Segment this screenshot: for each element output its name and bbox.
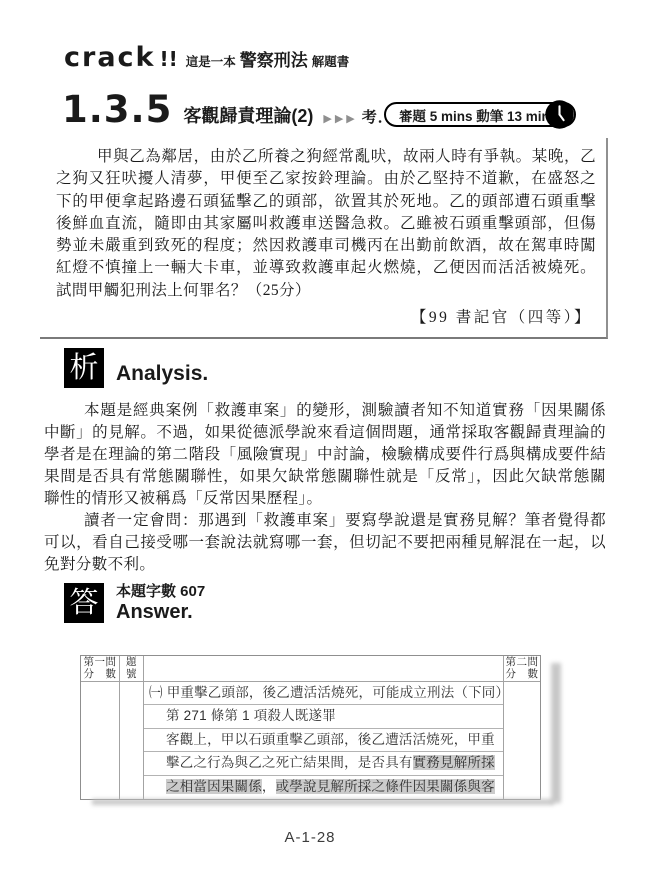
score-column-q2-header: 第二問 分 數	[504, 656, 540, 682]
triple-arrow-icon: ▶▶▶	[323, 112, 357, 125]
table-row: 之相當因果關係，或學說見解所採之條件因果關係與客	[144, 776, 503, 799]
answer-label: Answer.	[116, 601, 205, 623]
answer-heading: 答 本題字數 607 Answer.	[64, 583, 205, 623]
answer-content-column: ㈠甲重擊乙頭部，後乙遭活活燒死，可能成立刑法（下同） 第 271 條第 1 項殺…	[143, 656, 503, 799]
question-text: 甲與乙為鄰居，由於乙所養之狗經常亂吠，故兩人時有爭執。某晚，乙之狗又狂吠擾人清夢…	[56, 146, 596, 302]
clock-icon	[544, 99, 575, 130]
table-shadow-right	[551, 663, 561, 803]
score-column-q1-header: 第一問 分 數	[81, 656, 119, 682]
crack-logo: crack	[64, 42, 156, 73]
book-page: crack !! 這是一本 警察刑法 解題書 1.3.5 客觀歸責理論(2) ▶…	[0, 0, 650, 880]
table-row: 擊乙之行為與乙之死亡結果間，是否具有實務見解所採	[144, 752, 503, 775]
word-count: 本題字數 607	[116, 583, 205, 601]
highlighted-text: 實務見解所採	[413, 755, 495, 770]
analysis-body: 本題是經典案例「救護車案」的變形，測驗讀者知不知道實務「因果關係中斷」的見解。不…	[44, 400, 606, 576]
tagline-prefix: 這是一本	[186, 52, 236, 70]
analysis-icon: 析	[64, 348, 104, 388]
item-number-column: 題 號	[119, 656, 143, 799]
item-marker: ㈠	[149, 685, 163, 700]
tagline-suffix: 解題書	[312, 52, 350, 70]
table-row: 第 271 條第 1 項殺人既遂罪	[144, 705, 503, 728]
highlighted-text: 之相當因果關係	[166, 779, 262, 794]
analysis-heading: 析 Analysis.	[64, 348, 208, 388]
analysis-paragraph: 讀者一定會問：那遇到「救護車案」要寫學說還是實務見解？筆者覺得都可以，看自己接受…	[44, 510, 606, 576]
question-block: 甲與乙為鄰居，由於乙所養之狗經常亂吠，故兩人時有爭執。某晚，乙之狗又狂吠擾人清夢…	[40, 138, 608, 339]
score-cell-q1	[81, 682, 119, 799]
score-column-q1: 第一問 分 數	[81, 656, 119, 799]
item-number-cell	[120, 682, 143, 799]
time-badge: 審題 5 mins 動筆 13 mins	[384, 102, 576, 127]
page-number: A-1-28	[0, 829, 620, 846]
content-header-empty	[144, 656, 503, 682]
answer-icon: 答	[64, 583, 104, 623]
item-number-header: 題 號	[120, 656, 143, 682]
exam-citation: 【99 書記官（四等）】	[56, 305, 592, 327]
section-title: 客觀歸責理論(2)	[183, 102, 313, 128]
table-row: 客觀上，甲以石頭重擊乙頭部，後乙遭活活燒死，甲重	[144, 729, 503, 752]
analysis-paragraph: 本題是經典案例「救護車案」的變形，測驗讀者知不知道實務「因果關係中斷」的見解。不…	[44, 400, 606, 510]
highlighted-text: 或學說見解所採之條件因果關係與客	[276, 779, 495, 794]
time-badge-label: 審題 5 mins 動筆 13 mins	[399, 105, 557, 125]
answer-table: 第一問 分 數 題 號 ㈠甲重擊乙頭部，後乙遭活活燒死，可能成立刑法（下同） 第…	[80, 655, 541, 800]
exclamation-icon: !!	[160, 47, 178, 71]
score-column-q2: 第二問 分 數	[503, 656, 540, 799]
analysis-label: Analysis.	[116, 362, 208, 388]
tagline-subject: 警察刑法	[240, 46, 308, 71]
book-header: crack !! 這是一本 警察刑法 解題書	[64, 42, 349, 73]
section-number: 1.3.5	[62, 88, 172, 131]
score-cell-q2	[504, 682, 540, 799]
table-shadow-bottom	[92, 799, 554, 805]
table-row: ㈠甲重擊乙頭部，後乙遭活活燒死，可能成立刑法（下同）	[144, 682, 503, 705]
